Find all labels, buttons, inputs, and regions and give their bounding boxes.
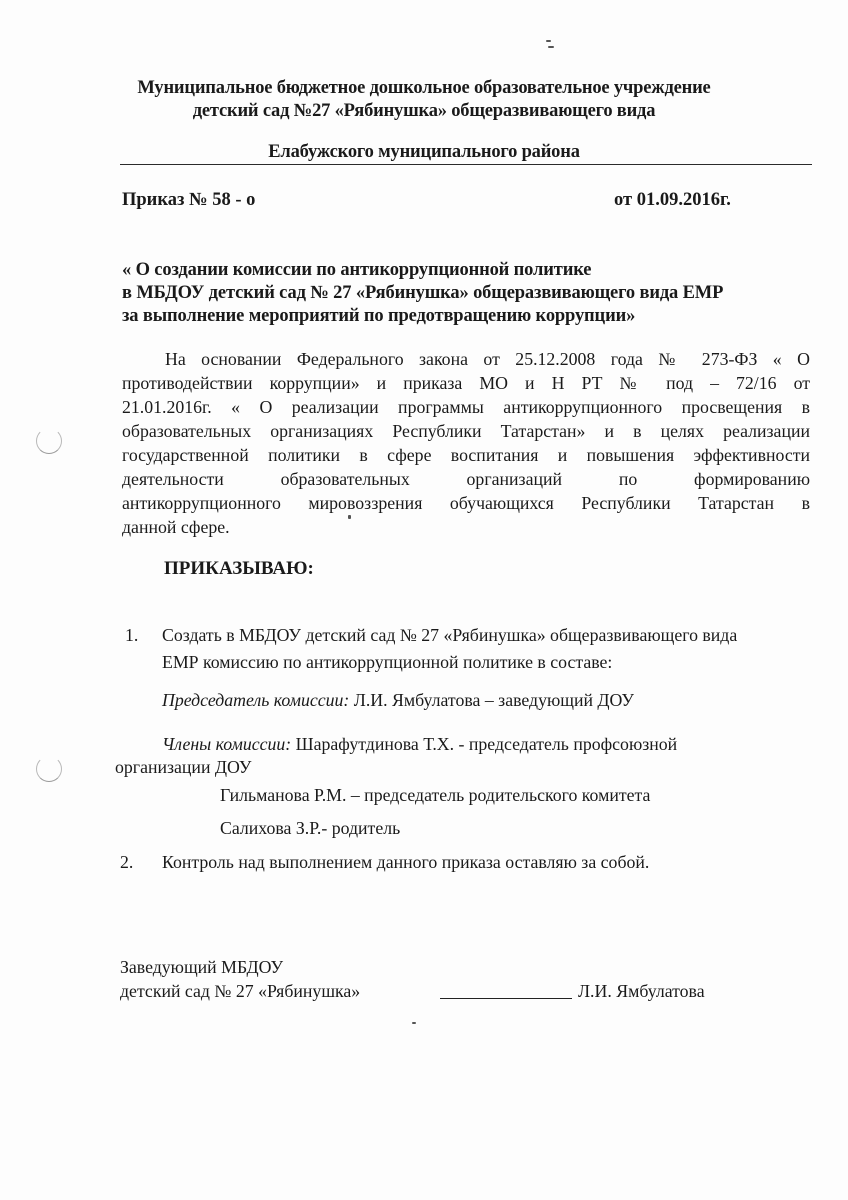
institution-name-line1: Муниципальное бюджетное дошкольное образ… <box>0 78 848 99</box>
preamble-line: деятельности образовательных организаций… <box>122 469 810 490</box>
order-title-line1: « О создании комиссии по антикоррупционн… <box>122 260 591 281</box>
preamble-line: образовательных организациях Республики … <box>122 421 810 442</box>
member-3: Салихова З.Р.- родитель <box>220 818 400 839</box>
member-2: Гильманова Р.М. – председатель родительс… <box>220 785 650 806</box>
item-number: 2. <box>120 852 133 873</box>
signature-position-line2: детский сад № 27 «Рябинушка» <box>120 981 360 1002</box>
preamble-line: На основании Федерального закона от 25.1… <box>165 349 810 370</box>
preamble-line: антикоррупционного мировоззрения обучающ… <box>122 493 810 514</box>
preamble-line: государственной политики в сфере воспита… <box>122 445 810 466</box>
preamble-line: 21.01.2016г. « О реализации программы ан… <box>122 397 810 418</box>
member-1-cont: организации ДОУ <box>115 757 251 778</box>
preamble-line: данной сфере. <box>122 517 230 538</box>
chairman-row: Председатель комиссии: Л.И. Ямбулатова –… <box>162 690 634 711</box>
signature-line <box>440 998 572 999</box>
scan-speck <box>348 515 351 519</box>
members-row: Члены комиссии: Шарафутдинова Т.Х. - пре… <box>162 734 677 755</box>
scan-speck <box>548 46 554 48</box>
order-directive-heading: ПРИКАЗЫВАЮ: <box>164 558 314 580</box>
signatory-name: Л.И. Ямбулатова <box>578 981 705 1002</box>
institution-name-line2: детский сад №27 «Рябинушка» общеразвиваю… <box>0 101 848 122</box>
member-1: Шарафутдинова Т.Х. - председатель профсо… <box>291 734 677 754</box>
scan-speck <box>412 1022 416 1024</box>
order-date: от 01.09.2016г. <box>614 190 731 211</box>
institution-district: Елабужского муниципального района <box>0 142 848 163</box>
item-1-line2: ЕМР комиссию по антикоррупционной полити… <box>162 652 612 673</box>
signature-position-line1: Заведующий МБДОУ <box>120 957 283 978</box>
item-1-line1: Создать в МБДОУ детский сад № 27 «Рябину… <box>162 625 737 646</box>
item-number: 1. <box>125 625 138 646</box>
members-label: Члены комиссии: <box>162 734 291 754</box>
order-title-line2: в МБДОУ детский сад № 27 «Рябинушка» общ… <box>122 283 723 304</box>
header-divider <box>120 164 812 165</box>
scan-speck <box>546 40 551 42</box>
document-page: Муниципальное бюджетное дошкольное образ… <box>0 0 848 1200</box>
chairman-value: Л.И. Ямбулатова – заведующий ДОУ <box>349 690 634 710</box>
order-title-line3: за выполнение мероприятий по предотвраще… <box>122 306 635 327</box>
chairman-label: Председатель комиссии: <box>162 690 349 710</box>
punch-hole-mark <box>36 756 62 782</box>
preamble-line: противодействии коррупции» и приказа МО … <box>122 373 810 394</box>
order-number: Приказ № 58 - о <box>122 190 255 211</box>
punch-hole-mark <box>36 428 62 454</box>
item-2-text: Контроль над выполнением данного приказа… <box>162 852 649 873</box>
